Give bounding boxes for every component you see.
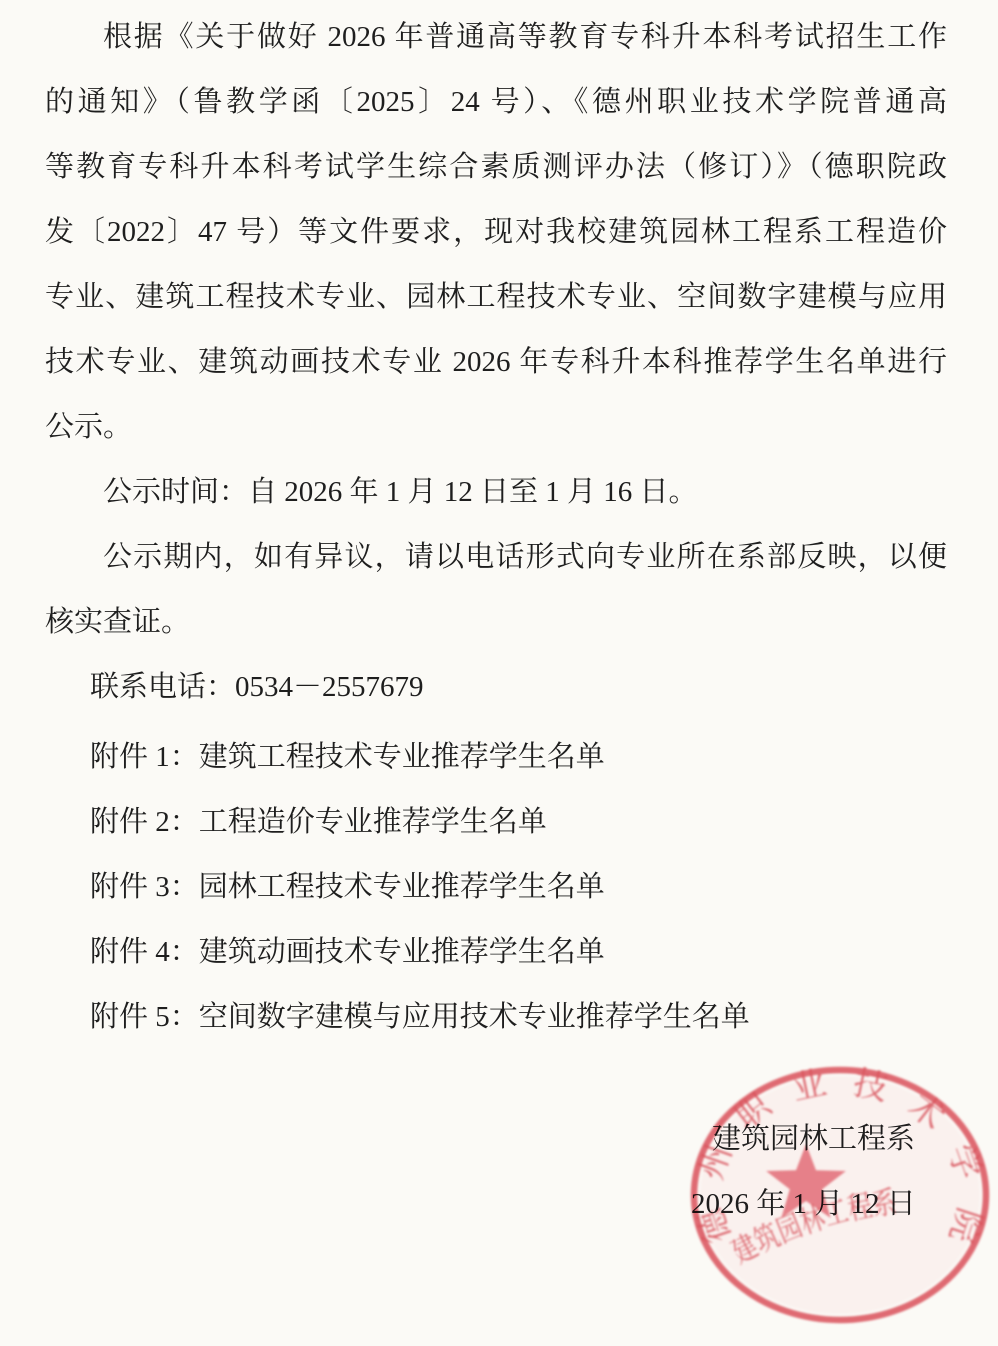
contact-phone-line: 联系电话：0534－2557679 [45,655,947,720]
signature-date: 2026 年 1 月 12 日 [691,1172,947,1237]
attachment-item: 附件 5：空间数字建模与应用技术专业推荐学生名单 [45,985,947,1050]
publicity-period-line: 公示时间：自 2026 年 1 月 12 日至 1 月 16 日。 [45,460,947,525]
signature-department: 建筑园林工程系 [712,1107,947,1172]
paragraph-line: 技术专业、建筑动画技术专业 2026 年专科升本科推荐学生名单进行 [45,330,947,395]
attachment-item: 附件 4：建筑动画技术专业推荐学生名单 [45,920,947,985]
objection-paragraph: 公示期内，如有异议，请以电话形式向专业所在系部反映，以便 核实查证。 [45,525,947,655]
scanned-notice-page: { "page": { "background_color": "#fbfaf6… [0,0,998,1346]
notice-body: 根据《关于做好 2026 年普通高等教育专科升本科考试招生工作 的通知》（鲁教学… [45,5,947,1237]
main-paragraph: 根据《关于做好 2026 年普通高等教育专科升本科考试招生工作 的通知》（鲁教学… [45,5,947,460]
paragraph-line: 发〔2022〕47 号）等文件要求，现对我校建筑园林工程系工程造价 [45,200,947,265]
paragraph-line: 根据《关于做好 2026 年普通高等教育专科升本科考试招生工作 [45,5,947,70]
attachment-item: 附件 1：建筑工程技术专业推荐学生名单 [45,725,947,790]
objection-line: 公示期内，如有异议，请以电话形式向专业所在系部反映，以便 [45,525,947,590]
attachment-item: 附件 2：工程造价专业推荐学生名单 [45,790,947,855]
attachment-list: 附件 1：建筑工程技术专业推荐学生名单 附件 2：工程造价专业推荐学生名单 附件… [45,725,947,1050]
paragraph-line: 公示。 [45,395,947,460]
paragraph-line: 的通知》（鲁教学函〔2025〕24 号）、《德州职业技术学院普通高 [45,70,947,135]
objection-line: 核实查证。 [45,590,947,655]
paragraph-line: 专业、建筑工程技术专业、园林工程技术专业、空间数字建模与应用 [45,265,947,330]
paragraph-line: 等教育专科升本科考试学生综合素质测评办法（修订）》（德职院政 [45,135,947,200]
attachment-item: 附件 3：园林工程技术专业推荐学生名单 [45,855,947,920]
